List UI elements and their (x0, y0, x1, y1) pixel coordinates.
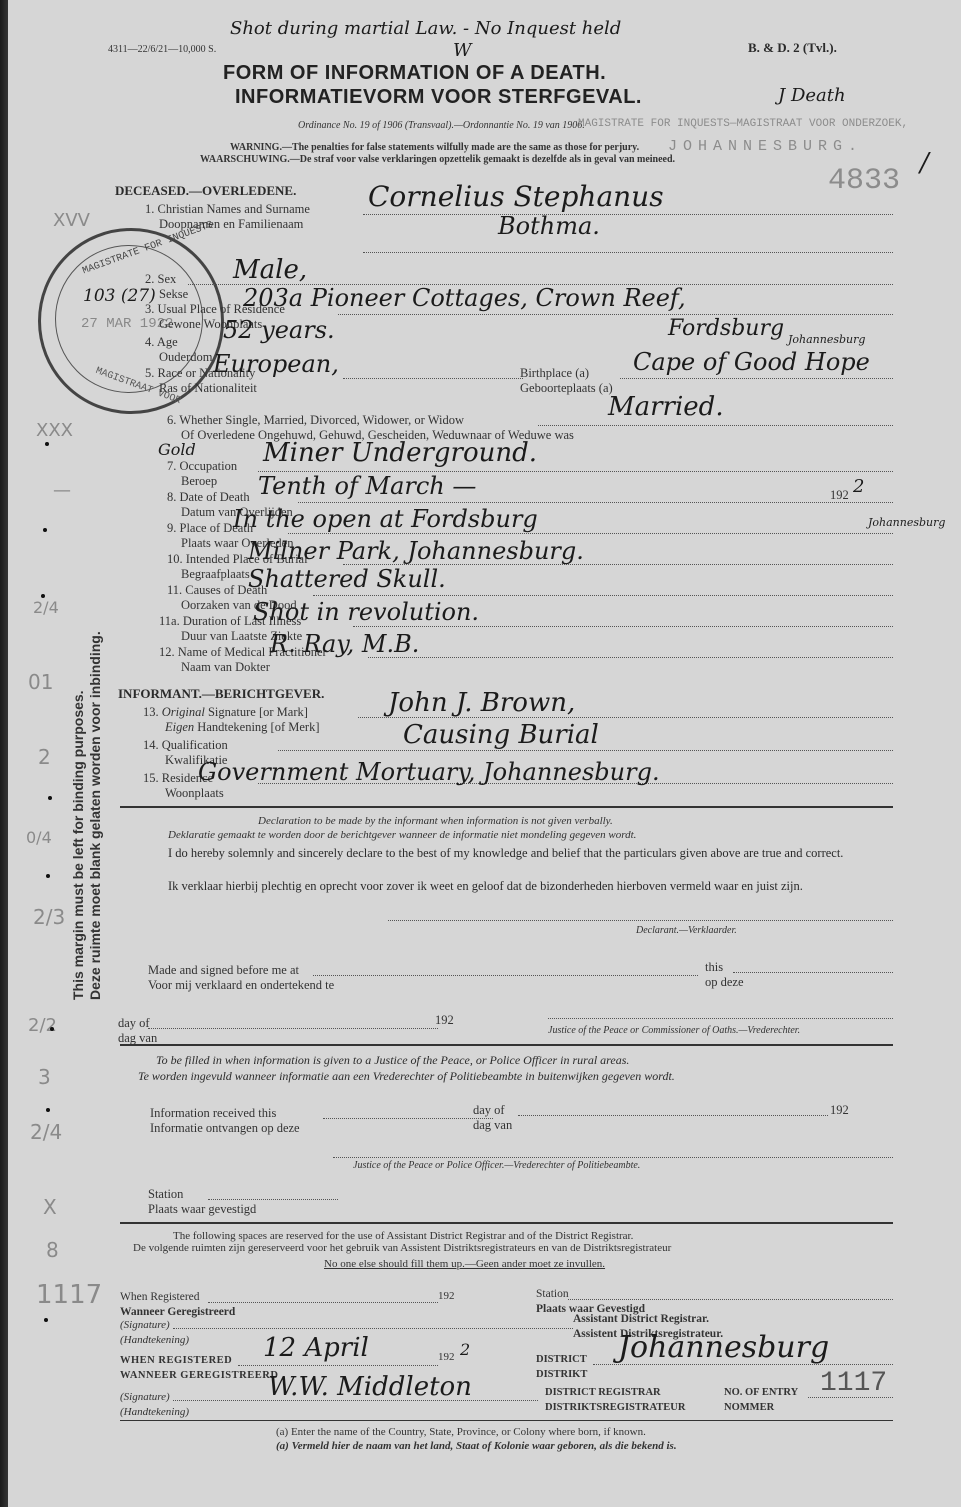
district-label: DISTRICT DISTRIKT (536, 1352, 587, 1382)
field-name-label: 1. Christian Names and Surname Doopnamen… (145, 202, 310, 232)
day-of-label: day of dag van (118, 1016, 157, 1046)
entry-number-label: NO. OF ENTRY NOMMER (724, 1385, 798, 1415)
binding-margin-note: This margin must be left for binding pur… (70, 631, 104, 1000)
magistrate-office-stamp: MAGISTRATE FOR INQUESTS—MAGISTRAAT VOOR … (578, 118, 908, 130)
rural-year: 192 (830, 1103, 849, 1118)
magistrate-city-stamp: JOHANNESBURG. (668, 138, 863, 155)
field-sex-label: 2. Sex Sekse (145, 272, 188, 302)
pencil-mark: 2/4 (30, 1120, 62, 1144)
field-signature-label: 13. Original Signature [or Mark] Eigen H… (143, 705, 319, 735)
signature-label-2: (Signature) (Handtekening) (120, 1390, 189, 1420)
declaration-text-en: I do hereby solemnly and sincerely decla… (118, 846, 893, 861)
marital-status-value: Married. (608, 392, 724, 422)
made-signed-label: Made and signed before me at Voor mij ve… (148, 963, 334, 993)
when-registered-caps-label: WHEN REGISTERED WANNEER GEREGISTREERD (120, 1353, 278, 1383)
section-divider (120, 1044, 893, 1046)
pencil-mark: — (53, 480, 71, 501)
residence-suburb-value: Fordsburg (668, 316, 784, 341)
informant-heading: INFORMANT.—BERICHTGEVER. (118, 686, 324, 702)
rural-title-en: To be filled in when information is give… (156, 1053, 629, 1068)
reserved-note-nl: De volgende ruimten zijn gereserveerd vo… (133, 1242, 671, 1254)
binding-stitch (43, 528, 47, 532)
qualification-value: Causing Burial (403, 720, 599, 750)
rural-day-of-label: day of dag van (473, 1103, 512, 1133)
declaration-title-nl: Deklaratie gemaakt te worden door de ber… (168, 829, 636, 841)
form-code: B. & D. 2 (Tvl.). (748, 40, 837, 56)
sex-value: Male, (233, 255, 307, 285)
age-value: 52 years. (223, 316, 335, 344)
reserved-note-en: The following spaces are reserved for th… (173, 1230, 633, 1242)
warning-nl: WAARSCHUWING.—De straf voor valse verkla… (200, 154, 675, 165)
pencil-mark: 3 (38, 1065, 51, 1089)
signature-label-1: (Signature) (Handtekening) (120, 1318, 189, 1348)
deceased-heading: DECEASED.—OVERLEDENE. (115, 183, 296, 199)
print-code: 4311—22/6/21—10,000 S. (108, 44, 216, 55)
field-age-label: 4. Age Ouderdom (145, 335, 212, 365)
entry-stamp-number: 4833 (828, 164, 900, 198)
residence-city-note: Johannesburg (788, 333, 865, 346)
practitioner-value: R. Ray, M.B. (270, 630, 419, 658)
footnote-en: (a) Enter the name of the Country, State… (276, 1426, 646, 1438)
police-officer-caption: Justice of the Peace or Police Officer.—… (353, 1160, 640, 1171)
registered-year-prefix: 192 (438, 1350, 455, 1365)
informant-residence-value: Government Mortuary, Johannesburg. (198, 758, 660, 786)
deceased-name-value: Cornelius Stephanus (368, 180, 664, 213)
death-form-page: Shot during martial Law. - No Inquest he… (8, 0, 961, 1507)
race-value: European, (213, 350, 339, 378)
section-divider (120, 806, 893, 808)
pencil-mark: 2 (38, 745, 51, 769)
district-value: Johannesburg (618, 1330, 829, 1365)
warning-en: WARNING.—The penalties for false stateme… (230, 142, 639, 153)
causes-of-death-value: Shattered Skull. (248, 565, 446, 593)
information-received-label: Information received this Informatie ont… (150, 1106, 300, 1136)
birthplace-label: Birthplace (a) Geboorteplaats (a) (360, 366, 613, 396)
registered-date-value: 12 April (263, 1333, 369, 1363)
informant-signature-value: John J. Brown, (388, 688, 575, 718)
entry-number-value: 1117 (820, 1368, 887, 1399)
deceased-surname-value: Bothma. (498, 212, 600, 240)
district-registrar-label: DISTRICT REGISTRAR DISTRIKTSREGISTRATEUR (545, 1385, 685, 1415)
binding-stitch (41, 594, 45, 598)
occupation-value: Miner Underground. (263, 438, 537, 468)
pencil-mark: XVV (53, 210, 90, 231)
handwritten-initials: W (453, 40, 472, 61)
corner-mark: / (920, 148, 929, 178)
binding-stitch (48, 796, 52, 800)
this-label: this op deze (705, 960, 744, 990)
residence-value: 203a Pioneer Cottages, Crown Reef, (243, 284, 686, 312)
no-one-else-note: No one else should fill them up.—Geen an… (324, 1258, 605, 1270)
handwritten-annotation-top: Shot during martial Law. - No Inquest he… (230, 18, 621, 39)
pencil-mark: 1117 (36, 1280, 102, 1310)
burial-place-value: Milner Park, Johannesburg. (248, 537, 584, 565)
pencil-mark: 2/3 (33, 905, 65, 929)
place-of-death-value: In the open at Fordsburg (233, 505, 538, 533)
binding-stitch (50, 1027, 54, 1031)
registrar-signature-value: W.W. Middleton (268, 1372, 472, 1402)
handwritten-death-note: J Death (778, 85, 846, 106)
pencil-mark: 01 (28, 670, 53, 694)
justice-caption: Justice of the Peace or Commissioner of … (548, 1025, 800, 1036)
duration-of-illness-value: Shot in revolution. (253, 598, 479, 626)
pencil-mark: 2/2 (28, 1015, 57, 1036)
when-registered-label: When Registered Wanneer Geregistreerd (120, 1290, 235, 1320)
ordinance-reference: Ordinance No. 19 of 1906 (Transvaal).—Or… (298, 120, 585, 131)
section-divider (120, 1222, 893, 1224)
when-registered-year: 192 (438, 1289, 455, 1304)
rural-title-nl: Te worden ingevuld wanneer informatie aa… (138, 1069, 675, 1084)
birthplace-value: Cape of Good Hope (633, 348, 870, 376)
pencil-mark: 8 (46, 1238, 59, 1262)
declaration-text-nl: Ik verklaar hierbij plechtig en oprecht … (118, 879, 893, 894)
section-divider (120, 1420, 893, 1421)
declaration-title-en: Declaration to be made by the informant … (258, 815, 613, 827)
pencil-mark: X (43, 1195, 57, 1219)
pencil-mark: 0/4 (26, 828, 52, 847)
registered-year-suffix: 2 (460, 1340, 470, 1359)
pencil-mark: 2/4 (33, 598, 59, 617)
form-title-en: FORM OF INFORMATION OF A DEATH. (223, 62, 606, 85)
date-of-death-year-prefix: 192 (830, 488, 849, 503)
binding-stitch (44, 1318, 48, 1322)
date-of-death-year-suffix: 2 (853, 476, 864, 497)
footnote-nl: (a) Vermeld hier de naam van het land, S… (276, 1440, 677, 1452)
pencil-mark: XXX (36, 420, 73, 441)
binding-stitch (45, 442, 49, 446)
declaration-year: 192 (435, 1013, 454, 1028)
rural-station-label: Station Plaats waar gevestigd (148, 1187, 256, 1217)
date-of-death-value: Tenth of March — (258, 472, 476, 500)
field-occupation-label: 7. Occupation Beroep (167, 459, 237, 489)
binding-stitch (46, 1108, 50, 1112)
place-of-death-city-note: Johannesburg (868, 516, 945, 529)
occupation-insert-gold: Gold (158, 440, 196, 459)
declarant-caption: Declarant.—Verklaarder. (636, 925, 737, 936)
binding-stitch (46, 874, 50, 878)
form-title-nl: INFORMATIEVORM VOOR STERFGEVAL. (235, 86, 642, 109)
